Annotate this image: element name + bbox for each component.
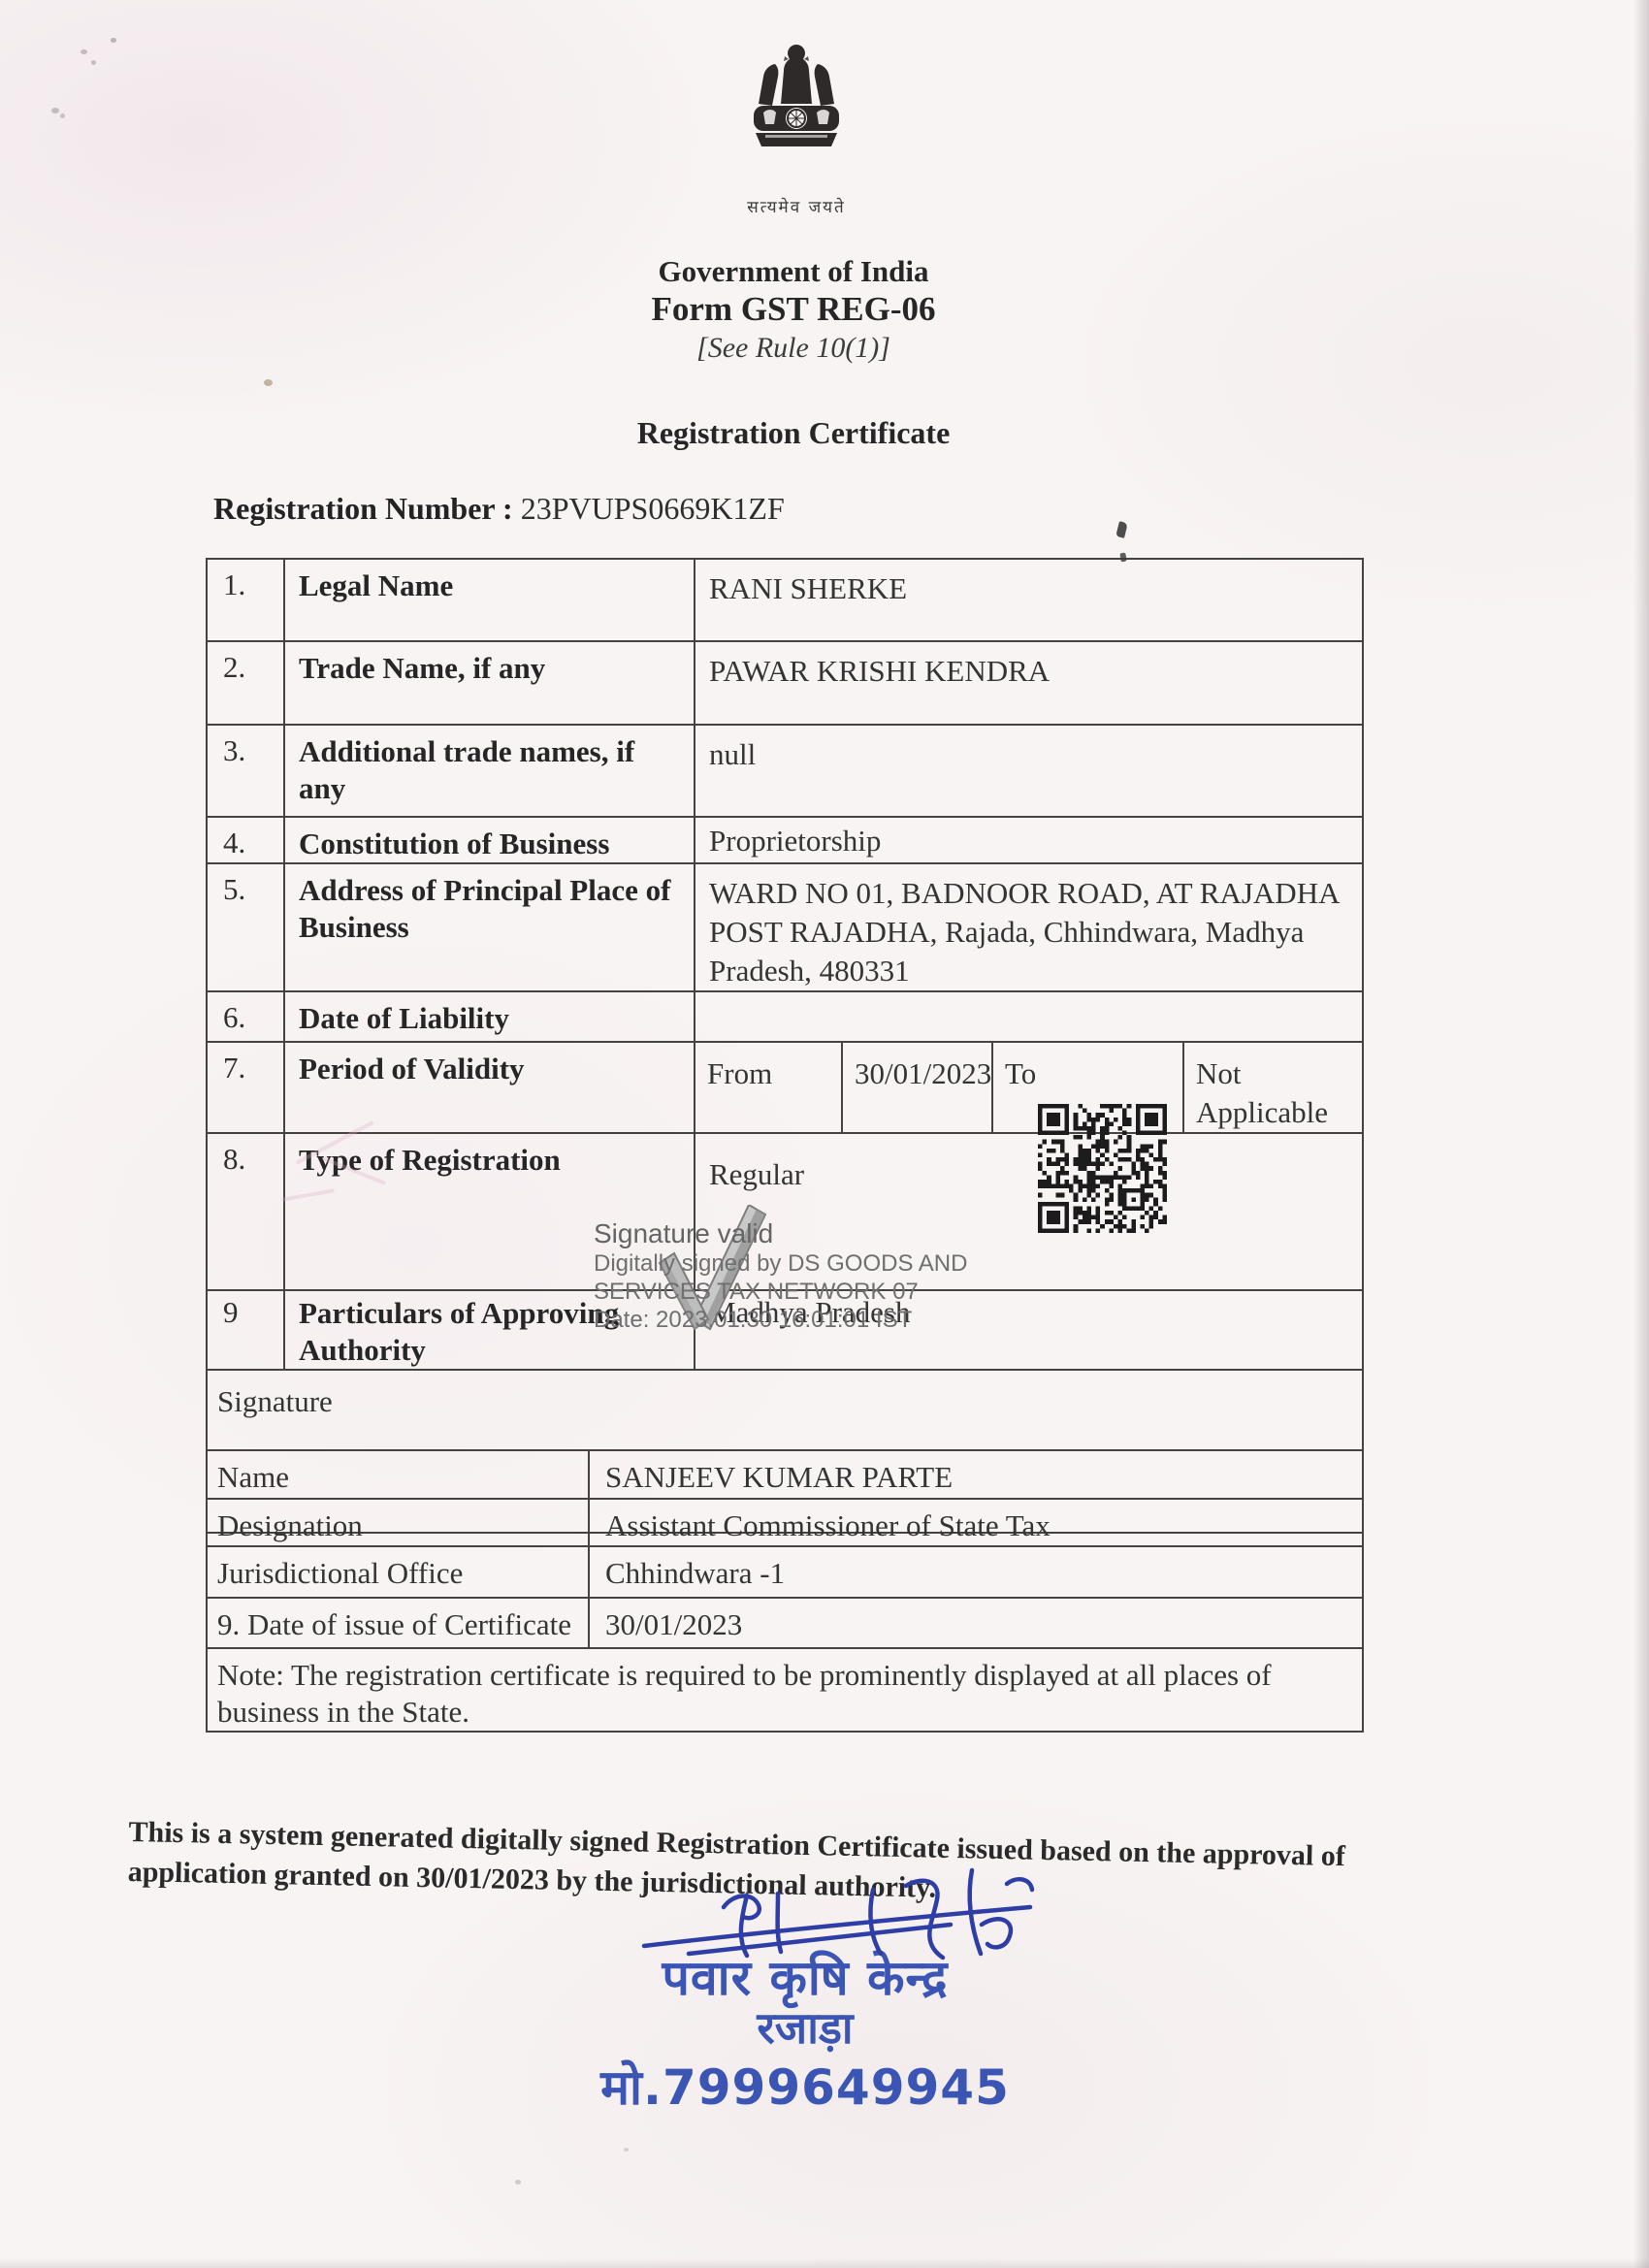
validity-from-label: From bbox=[695, 1043, 841, 1132]
designation-value: Assistant Commissioner of State Tax bbox=[589, 1499, 1363, 1546]
validity-to-date: Not Applicable bbox=[1182, 1043, 1362, 1132]
period-of-validity-cells: From 30/01/2023 To Not Applicable bbox=[695, 1042, 1363, 1133]
scan-blemish bbox=[60, 113, 65, 118]
ink-mark bbox=[1115, 521, 1128, 538]
row-number: 1. bbox=[207, 559, 284, 641]
date-of-liability-value bbox=[695, 991, 1363, 1042]
constitution-label: Constitution of Business bbox=[284, 817, 695, 863]
scan-blemish bbox=[91, 60, 96, 65]
table-row: 9. Date of issue of Certificate 30/01/20… bbox=[207, 1598, 1363, 1648]
officer-name-label: Name bbox=[207, 1450, 589, 1499]
table-row: 6. Date of Liability bbox=[207, 991, 1363, 1042]
scan-blemish bbox=[515, 2180, 521, 2185]
scan-blemish bbox=[624, 2148, 629, 2152]
constitution-value: Proprietorship bbox=[695, 817, 1363, 863]
emblem-motto: सत्यमेव जयते bbox=[733, 195, 859, 217]
stamp-place-name: रजाड़ा bbox=[514, 2004, 1096, 2053]
address-label: Address of Principal Place of Business bbox=[284, 863, 695, 991]
officer-name-value: SANJEEV KUMAR PARTE bbox=[589, 1450, 1363, 1499]
table-row: 3. Additional trade names, if any null bbox=[207, 725, 1363, 817]
signer-name-text: SERVICES TAX NETWORK 07 bbox=[594, 1278, 967, 1306]
table-row: 1. Legal Name RANI SHERKE bbox=[207, 559, 1363, 641]
signature-valid-text: Signature valid bbox=[594, 1218, 967, 1249]
table-row: Jurisdictional Office Chhindwara -1 bbox=[207, 1546, 1363, 1598]
date-of-issue-label: 9. Date of issue of Certificate bbox=[207, 1598, 589, 1648]
digital-signature-block: Signature valid Digitally signed by DS G… bbox=[594, 1218, 967, 1334]
date-of-liability-label: Date of Liability bbox=[284, 991, 695, 1042]
scan-edge-shadow bbox=[1633, 0, 1649, 2268]
row-number: 3. bbox=[207, 725, 284, 817]
scan-edge-shadow bbox=[0, 2258, 1649, 2268]
scan-blemish bbox=[264, 379, 273, 386]
scan-blemish bbox=[81, 49, 87, 54]
row-number: 9 bbox=[207, 1290, 284, 1370]
header-government-of-india: Government of India bbox=[0, 254, 1618, 289]
ashoka-emblem-icon bbox=[746, 43, 847, 186]
signature-date-text: Date: 2023.01.30 16:01:01 IST bbox=[594, 1306, 967, 1334]
additional-trade-names-value: null bbox=[695, 725, 1363, 817]
row-number: 5. bbox=[207, 863, 284, 991]
table-row: Designation Assistant Commissioner of St… bbox=[207, 1499, 1363, 1546]
trade-name-label: Trade Name, if any bbox=[284, 641, 695, 725]
address-value: WARD NO 01, BADNOOR ROAD, AT RAJADHA POS… bbox=[695, 863, 1363, 991]
designation-label: Designation bbox=[207, 1499, 589, 1546]
digitally-signed-by-text: Digitally signed by DS GOODS AND bbox=[594, 1249, 967, 1278]
qr-code bbox=[1038, 1104, 1167, 1233]
scan-blemish bbox=[51, 108, 59, 113]
period-of-validity-label: Period of Validity bbox=[284, 1042, 695, 1133]
scan-blemish bbox=[111, 38, 116, 43]
validity-from-date: 30/01/2023 bbox=[841, 1043, 991, 1132]
handwritten-signature bbox=[630, 1864, 1048, 1971]
page-title: Registration Certificate bbox=[0, 415, 1618, 451]
ink-mark bbox=[1119, 553, 1126, 563]
legal-name-value: RANI SHERKE bbox=[695, 559, 1363, 641]
scanned-certificate-page: सत्यमेव जयते Government of India Form GS… bbox=[0, 0, 1649, 2268]
display-note: Note: The registration certificate is re… bbox=[207, 1648, 1363, 1732]
table-row: 5. Address of Principal Place of Busines… bbox=[207, 863, 1363, 991]
row-number: 7. bbox=[207, 1042, 284, 1133]
date-of-issue-value: 30/01/2023 bbox=[589, 1598, 1363, 1648]
registration-number-value: 23PVUPS0669K1ZF bbox=[521, 491, 785, 526]
legal-name-label: Legal Name bbox=[284, 559, 695, 641]
row-number: 4. bbox=[207, 817, 284, 863]
emblem-block: सत्यमेव जयते bbox=[733, 43, 859, 217]
table-row: Note: The registration certificate is re… bbox=[207, 1648, 1363, 1732]
row-number: 2. bbox=[207, 641, 284, 725]
table-row: 7. Period of Validity From 30/01/2023 To… bbox=[207, 1042, 1363, 1133]
registration-number-label: Registration Number : bbox=[213, 491, 513, 526]
header-form-name: Form GST REG-06 bbox=[0, 290, 1618, 329]
officer-details-table: Name SANJEEV KUMAR PARTE Designation Ass… bbox=[206, 1449, 1364, 1733]
header-rule-reference: [See Rule 10(1)] bbox=[0, 332, 1618, 365]
registration-number-line: Registration Number : 23PVUPS0669K1ZF bbox=[213, 491, 785, 527]
table-row: Name SANJEEV KUMAR PARTE bbox=[207, 1450, 1363, 1499]
trade-name-value: PAWAR KRISHI KENDRA bbox=[695, 641, 1363, 725]
business-stamp: पवार कृषि केन्द्र रजाड़ा मो.7999649945 bbox=[514, 1863, 1096, 2119]
jurisdictional-office-label: Jurisdictional Office bbox=[207, 1546, 589, 1598]
stamp-mobile-number: मो.7999649945 bbox=[514, 2053, 1096, 2119]
registration-details-table: 1. Legal Name RANI SHERKE 2. Trade Name,… bbox=[206, 558, 1364, 1534]
jurisdictional-office-value: Chhindwara -1 bbox=[589, 1546, 1363, 1598]
table-row: 4. Constitution of Business Proprietorsh… bbox=[207, 817, 1363, 863]
table-row: 2. Trade Name, if any PAWAR KRISHI KENDR… bbox=[207, 641, 1363, 725]
row-number: 8. bbox=[207, 1133, 284, 1290]
additional-trade-names-label: Additional trade names, if any bbox=[284, 725, 695, 817]
row-number: 6. bbox=[207, 991, 284, 1042]
